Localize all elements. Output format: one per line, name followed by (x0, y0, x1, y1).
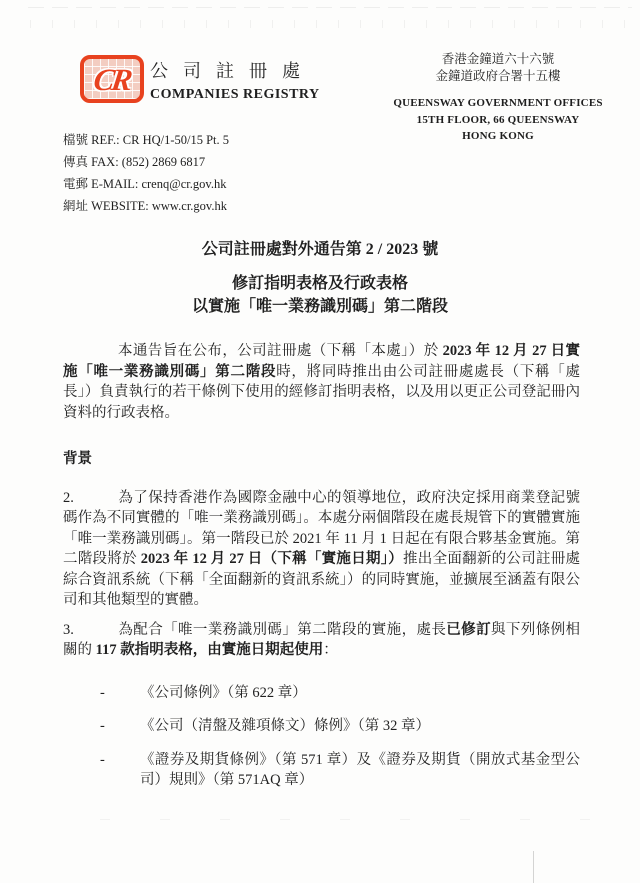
scan-artifact (100, 819, 600, 820)
notice-header: 公司註冊處對外通告第 2 / 2023 號 修訂指明表格及行政表格 以實施「唯一… (0, 236, 640, 318)
text-run: ： (323, 642, 338, 658)
notice-title-line2: 以實施「唯一業務識別碼」第二階段 (0, 296, 640, 319)
paragraph-number: 2. (63, 488, 118, 509)
address-line: 15TH FLOOR, 66 QUEENSWAY (372, 112, 624, 129)
notice-number: 公司註冊處對外通告第 2 / 2023 號 (0, 236, 640, 259)
text-run-bold: 已修訂 (446, 622, 491, 638)
bullet-text: 《公司條例》（第 622 章） (140, 685, 307, 701)
hq-address-en: QUEENSWAY GOVERNMENT OFFICES 15TH FLOOR,… (372, 95, 624, 145)
contact-line-fax: 傳真 FAX: (852) 2869 6817 (63, 151, 229, 173)
bullet-item: -《公司條例》（第 622 章） (63, 683, 580, 704)
text-run: 為配合「唯一業務識別碼」第二階段的實施，處長 (118, 622, 446, 638)
address-line: HONG KONG (372, 128, 624, 145)
paragraph-2: 2.為了保持香港作為國際金融中心的領導地位，政府決定採用商業登記號碼作為不同實體… (63, 488, 580, 611)
contact-line-email: 電郵 E-MAIL: crenq@cr.gov.hk (63, 173, 229, 195)
bullet-item: -《公司（清盤及雜項條文）條例》（第 32 章） (63, 716, 580, 737)
paragraph-intro: 本通告旨在公布，公司註冊處（下稱「本處」）於 2023 年 12 月 27 日實… (63, 341, 580, 423)
hq-address-zh: 香港金鐘道六十六號 金鐘道政府合署十五樓 (372, 51, 624, 84)
hq-address: 香港金鐘道六十六號 金鐘道政府合署十五樓 QUEENSWAY GOVERNMEN… (372, 51, 624, 145)
bullet-dash: - (100, 750, 105, 771)
bullet-text: 《證券及期貨條例》（第 571 章）及《證券及期貨（開放式基金型公司）規則》（第… (140, 752, 580, 789)
address-line: QUEENSWAY GOVERNMENT OFFICES (372, 95, 624, 112)
paragraph-3: 3.為配合「唯一業務識別碼」第二階段的實施，處長已修訂與下列條例相關的 117 … (63, 620, 580, 661)
notice-title-line1: 修訂指明表格及行政表格 (0, 273, 640, 296)
background-heading: 背景 (63, 449, 580, 470)
address-line: 香港金鐘道六十六號 (372, 51, 624, 68)
bullet-dash: - (100, 683, 105, 704)
scanned-notice-page: CR 公司註冊處 COMPANIES REGISTRY 香港金鐘道六十六號 金鐘… (0, 0, 640, 883)
bullet-item: -《證券及期貨條例》（第 571 章）及《證券及期貨（開放式基金型公司）規則》（… (63, 750, 580, 791)
scan-artifact (30, 20, 630, 28)
scan-artifact (533, 851, 534, 883)
cr-logo-text: CR (92, 64, 132, 95)
contact-block: 檔號 REF.: CR HQ/1-50/15 Pt. 5 傳真 FAX: (85… (63, 129, 229, 217)
scan-artifact (28, 7, 632, 8)
contact-line-website: 網址 WEBSITE: www.cr.gov.hk (63, 195, 229, 217)
text-run-bold: 117 款指明表格，由實施日期起使用 (96, 642, 324, 658)
text-run-bold: 2023 年 12 月 27 日（下稱「實施日期」） (141, 551, 403, 567)
contact-line-ref: 檔號 REF.: CR HQ/1-50/15 Pt. 5 (63, 129, 229, 151)
ordinance-bullet-list: -《公司條例》（第 622 章） -《公司（清盤及雜項條文）條例》（第 32 章… (63, 683, 580, 791)
department-name-en: COMPANIES REGISTRY (150, 87, 320, 103)
bullet-dash: - (100, 716, 105, 737)
department-name-zh: 公司註冊處 (150, 57, 320, 83)
address-line: 金鐘道政府合署十五樓 (372, 68, 624, 85)
paragraph-number: 3. (63, 620, 118, 641)
text-run: 本通告旨在公布，公司註冊處（下稱「本處」）於 (118, 343, 443, 359)
bullet-text: 《公司（清盤及雜項條文）條例》（第 32 章） (140, 718, 430, 734)
cr-logo-icon: CR (80, 55, 144, 103)
department-name: 公司註冊處 COMPANIES REGISTRY (150, 57, 320, 103)
notice-body: 本通告旨在公布，公司註冊處（下稱「本處」）於 2023 年 12 月 27 日實… (63, 341, 580, 791)
